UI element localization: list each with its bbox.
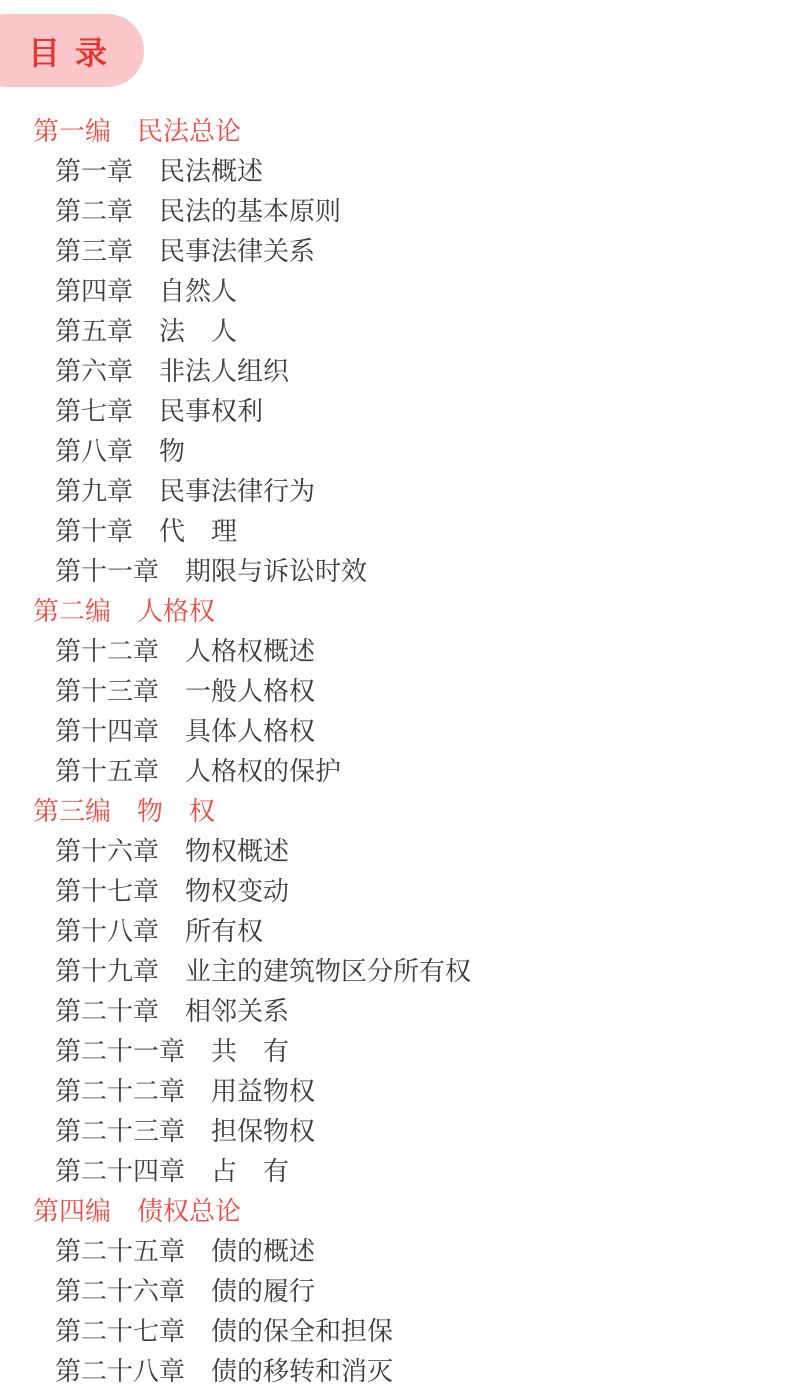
chapter-item[interactable]: 第七章 民事权利	[0, 391, 790, 431]
chapter-item[interactable]: 第四章 自然人	[0, 271, 790, 311]
chapter-item[interactable]: 第十八章 所有权	[0, 911, 790, 951]
chapter-item[interactable]: 第二十六章 债的履行	[0, 1271, 790, 1311]
chapter-item[interactable]: 第十九章 业主的建筑物区分所有权	[0, 951, 790, 991]
chapter-item[interactable]: 第八章 物	[0, 431, 790, 471]
chapter-item[interactable]: 第十五章 人格权的保护	[0, 751, 790, 791]
toc-page: 目 录 第一编 民法总论第一章 民法概述第二章 民法的基本原则第三章 民事法律关…	[0, 0, 790, 1390]
chapter-item[interactable]: 第二十八章 债的移转和消灭	[0, 1351, 790, 1390]
title-badge: 目 录	[0, 14, 144, 87]
chapter-item[interactable]: 第二十章 相邻关系	[0, 991, 790, 1031]
chapter-item[interactable]: 第二章 民法的基本原则	[0, 191, 790, 231]
chapter-item[interactable]: 第二十三章 担保物权	[0, 1111, 790, 1151]
section-heading[interactable]: 第二编 人格权	[0, 591, 790, 631]
section-heading[interactable]: 第三编 物 权	[0, 791, 790, 831]
chapter-item[interactable]: 第十七章 物权变动	[0, 871, 790, 911]
section-heading[interactable]: 第四编 债权总论	[0, 1191, 790, 1231]
chapter-item[interactable]: 第二十五章 债的概述	[0, 1231, 790, 1271]
chapter-item[interactable]: 第二十一章 共 有	[0, 1031, 790, 1071]
chapter-item[interactable]: 第二十二章 用益物权	[0, 1071, 790, 1111]
chapter-item[interactable]: 第三章 民事法律关系	[0, 231, 790, 271]
section-heading[interactable]: 第一编 民法总论	[0, 111, 790, 151]
chapter-item[interactable]: 第九章 民事法律行为	[0, 471, 790, 511]
chapter-item[interactable]: 第十六章 物权概述	[0, 831, 790, 871]
chapter-item[interactable]: 第十章 代 理	[0, 511, 790, 551]
page-title: 目 录	[28, 28, 110, 74]
chapter-item[interactable]: 第十二章 人格权概述	[0, 631, 790, 671]
chapter-item[interactable]: 第六章 非法人组织	[0, 351, 790, 391]
toc-list: 第一编 民法总论第一章 民法概述第二章 民法的基本原则第三章 民事法律关系第四章…	[0, 111, 790, 1390]
chapter-item[interactable]: 第十一章 期限与诉讼时效	[0, 551, 790, 591]
chapter-item[interactable]: 第十三章 一般人格权	[0, 671, 790, 711]
chapter-item[interactable]: 第二十四章 占 有	[0, 1151, 790, 1191]
chapter-item[interactable]: 第十四章 具体人格权	[0, 711, 790, 751]
chapter-item[interactable]: 第一章 民法概述	[0, 151, 790, 191]
chapter-item[interactable]: 第五章 法 人	[0, 311, 790, 351]
chapter-item[interactable]: 第二十七章 债的保全和担保	[0, 1311, 790, 1351]
